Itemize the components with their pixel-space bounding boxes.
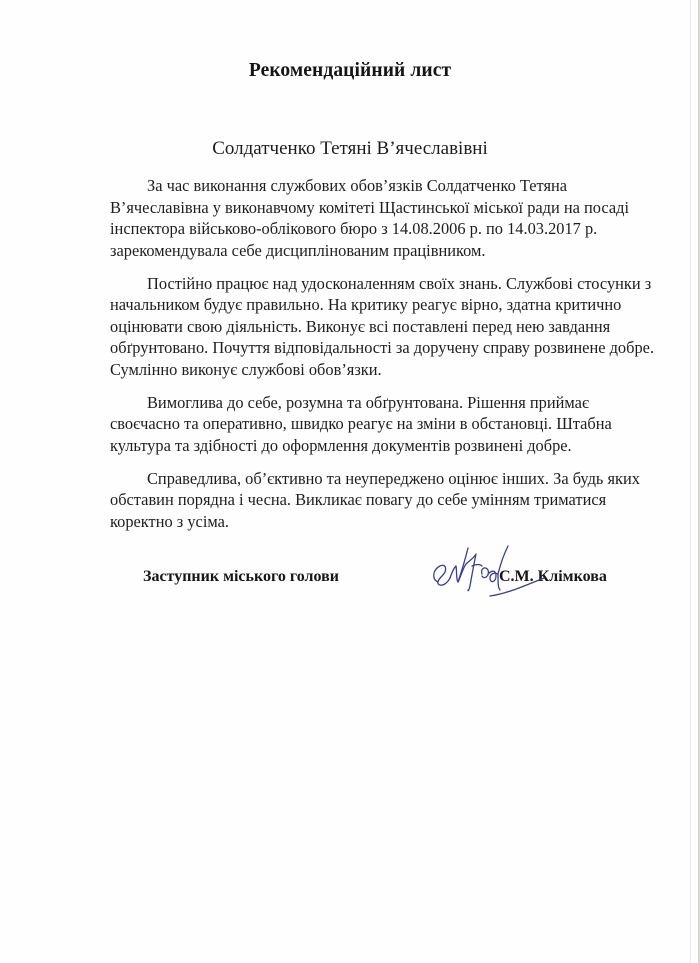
document-title: Рекомендаційний лист bbox=[0, 60, 700, 82]
text-line: своєчасно та оперативно, швидко реагує н… bbox=[110, 413, 670, 435]
text-line: обґрунтовано. Почуття відповідальності з… bbox=[110, 337, 670, 359]
text-line: зарекомендувала себе дисциплінованим пра… bbox=[110, 240, 670, 262]
signatory-position: Заступник міського голови bbox=[143, 568, 339, 586]
document-page: Рекомендаційний лист Солдатченко Тетяні … bbox=[0, 0, 700, 963]
text-line: Сумлінно виконує службові обов’язки. bbox=[110, 359, 670, 381]
text-line: оцінювати свою діяльність. Виконує всі п… bbox=[110, 316, 670, 338]
paragraph-3: Вимоглива до себе, розумна та обґрунтова… bbox=[110, 392, 670, 457]
text-line: За час виконання службових обов’язків Со… bbox=[110, 175, 670, 197]
text-line: Постійно працює над удосконаленням своїх… bbox=[110, 273, 670, 295]
signature-row: Заступник міського голови С.М. Клімкова bbox=[0, 566, 700, 606]
letter-body: За час виконання службових обов’язків Со… bbox=[110, 175, 670, 544]
paragraph-1: За час виконання службових обов’язків Со… bbox=[110, 175, 670, 261]
handwritten-signature-icon bbox=[428, 530, 548, 600]
text-line: начальником будує правильно. На критику … bbox=[110, 294, 670, 316]
text-line: Справедлива, об’єктивно та неупереджено … bbox=[110, 468, 670, 490]
paragraph-2: Постійно працює над удосконаленням своїх… bbox=[110, 273, 670, 381]
addressee-line: Солдатченко Тетяні В’ячеславівні bbox=[0, 138, 700, 160]
text-line: Вимоглива до себе, розумна та обґрунтова… bbox=[110, 392, 670, 414]
text-line: В’ячеславівна у виконавчому комітеті Щас… bbox=[110, 197, 670, 219]
text-line: коректно з усіма. bbox=[110, 511, 670, 533]
paragraph-4: Справедлива, об’єктивно та неупереджено … bbox=[110, 468, 670, 533]
text-line: культура та здібності до оформлення доку… bbox=[110, 435, 670, 457]
text-line: обставин порядна і чесна. Викликає поваг… bbox=[110, 489, 670, 511]
text-line: інспектора військово-облікового бюро з 1… bbox=[110, 218, 670, 240]
